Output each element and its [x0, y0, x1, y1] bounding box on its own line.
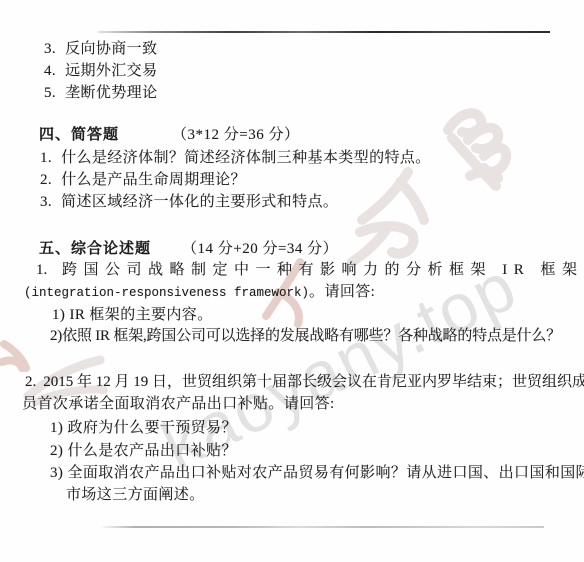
section4-q3-num: 3.: [40, 194, 52, 211]
section5-q2-num: 2.: [25, 374, 36, 391]
section5-q2-line2: 员首次承诺全面取消农产品出口补贴。请回答:: [22, 396, 335, 413]
section5-q2-sub3: 3) 全面取消农产品出口补贴对农产品贸易有何影响？请从进口国、出口国和国际: [50, 465, 584, 482]
list-item-4: 4.远期外汇交易: [44, 63, 157, 80]
section4-q1-num: 1.: [40, 150, 52, 167]
section5-title: 五、综合论述题: [39, 241, 151, 258]
section4-q1-text: 什么是经济体制？简述经济体制三种基本类型的特点。: [61, 150, 431, 166]
section5-q2-sub1: 1) 政府为什么要干预贸易？: [50, 420, 237, 437]
section5-q2-sub2: 2) 什么是农产品出口补贴？: [50, 443, 237, 460]
section5-q1-line2-latin: (integration-responsiveness framework): [24, 286, 309, 300]
list-item-3-num: 3.: [44, 41, 56, 58]
section5-q2-line1: 2.2015 年 12 月 19 日，世贸组织第十届部长级会议在肯尼亚内罗毕结束…: [25, 374, 584, 391]
section5-score: （14 分+20 分=34 分）: [182, 241, 338, 258]
section5-q1-num: 1.: [36, 262, 47, 279]
section5-q1-sub1: 1) IR 框架的主要内容。: [52, 307, 213, 324]
list-item-4-num: 4.: [44, 63, 56, 80]
section5-q1-line2-cjk: 。请回答:: [309, 284, 375, 300]
exam-page: kaoyany.top 3.反向协商一致 4.远期外汇交易 5.垄断优势理论 四…: [0, 0, 584, 562]
section4-q2-text: 什么是产品生命周期理论？: [61, 172, 246, 188]
section4-question-1: 1.什么是经济体制？简述经济体制三种基本类型的特点。: [40, 150, 431, 167]
section4-question-3: 3.简述区域经济一体化的主要形式和特点。: [40, 194, 338, 211]
exam-content: 3.反向协商一致 4.远期外汇交易 5.垄断优势理论 四、简答题 （3*12 分…: [0, 0, 584, 562]
list-item-5-num: 5.: [44, 85, 56, 102]
list-item-4-text: 远期外汇交易: [65, 63, 157, 79]
list-item-3: 3.反向协商一致: [44, 41, 157, 58]
section4-title: 四、简答题: [39, 127, 119, 144]
list-item-3-text: 反向协商一致: [65, 41, 157, 57]
section5-q2-line1-text: 2015 年 12 月 19 日，世贸组织第十届部长级会议在肯尼亚内罗毕结束；世…: [43, 374, 584, 390]
section5-q1-line1: 跨国公司战略制定中一种有影响力的分析框架 IR 框架: [62, 262, 584, 279]
section4-question-2: 2.什么是产品生命周期理论？: [40, 172, 246, 189]
list-item-5: 5.垄断优势理论: [44, 85, 157, 102]
section4-q3-text: 简述区域经济一体化的主要形式和特点。: [61, 194, 338, 210]
section5-q2-sub3-cont: 市场这三方面阐述。: [66, 487, 205, 504]
list-item-5-text: 垄断优势理论: [65, 85, 157, 101]
section5-q1-line2: (integration-responsiveness framework)。请…: [24, 284, 375, 302]
section4-q2-num: 2.: [40, 172, 52, 189]
section5-q1-sub2: 2)依照 IR 框架,跨国公司可以选择的发展战略有哪些？各种战略的特点是什么？: [50, 328, 561, 345]
section4-score: （3*12 分=36 分）: [172, 127, 299, 144]
